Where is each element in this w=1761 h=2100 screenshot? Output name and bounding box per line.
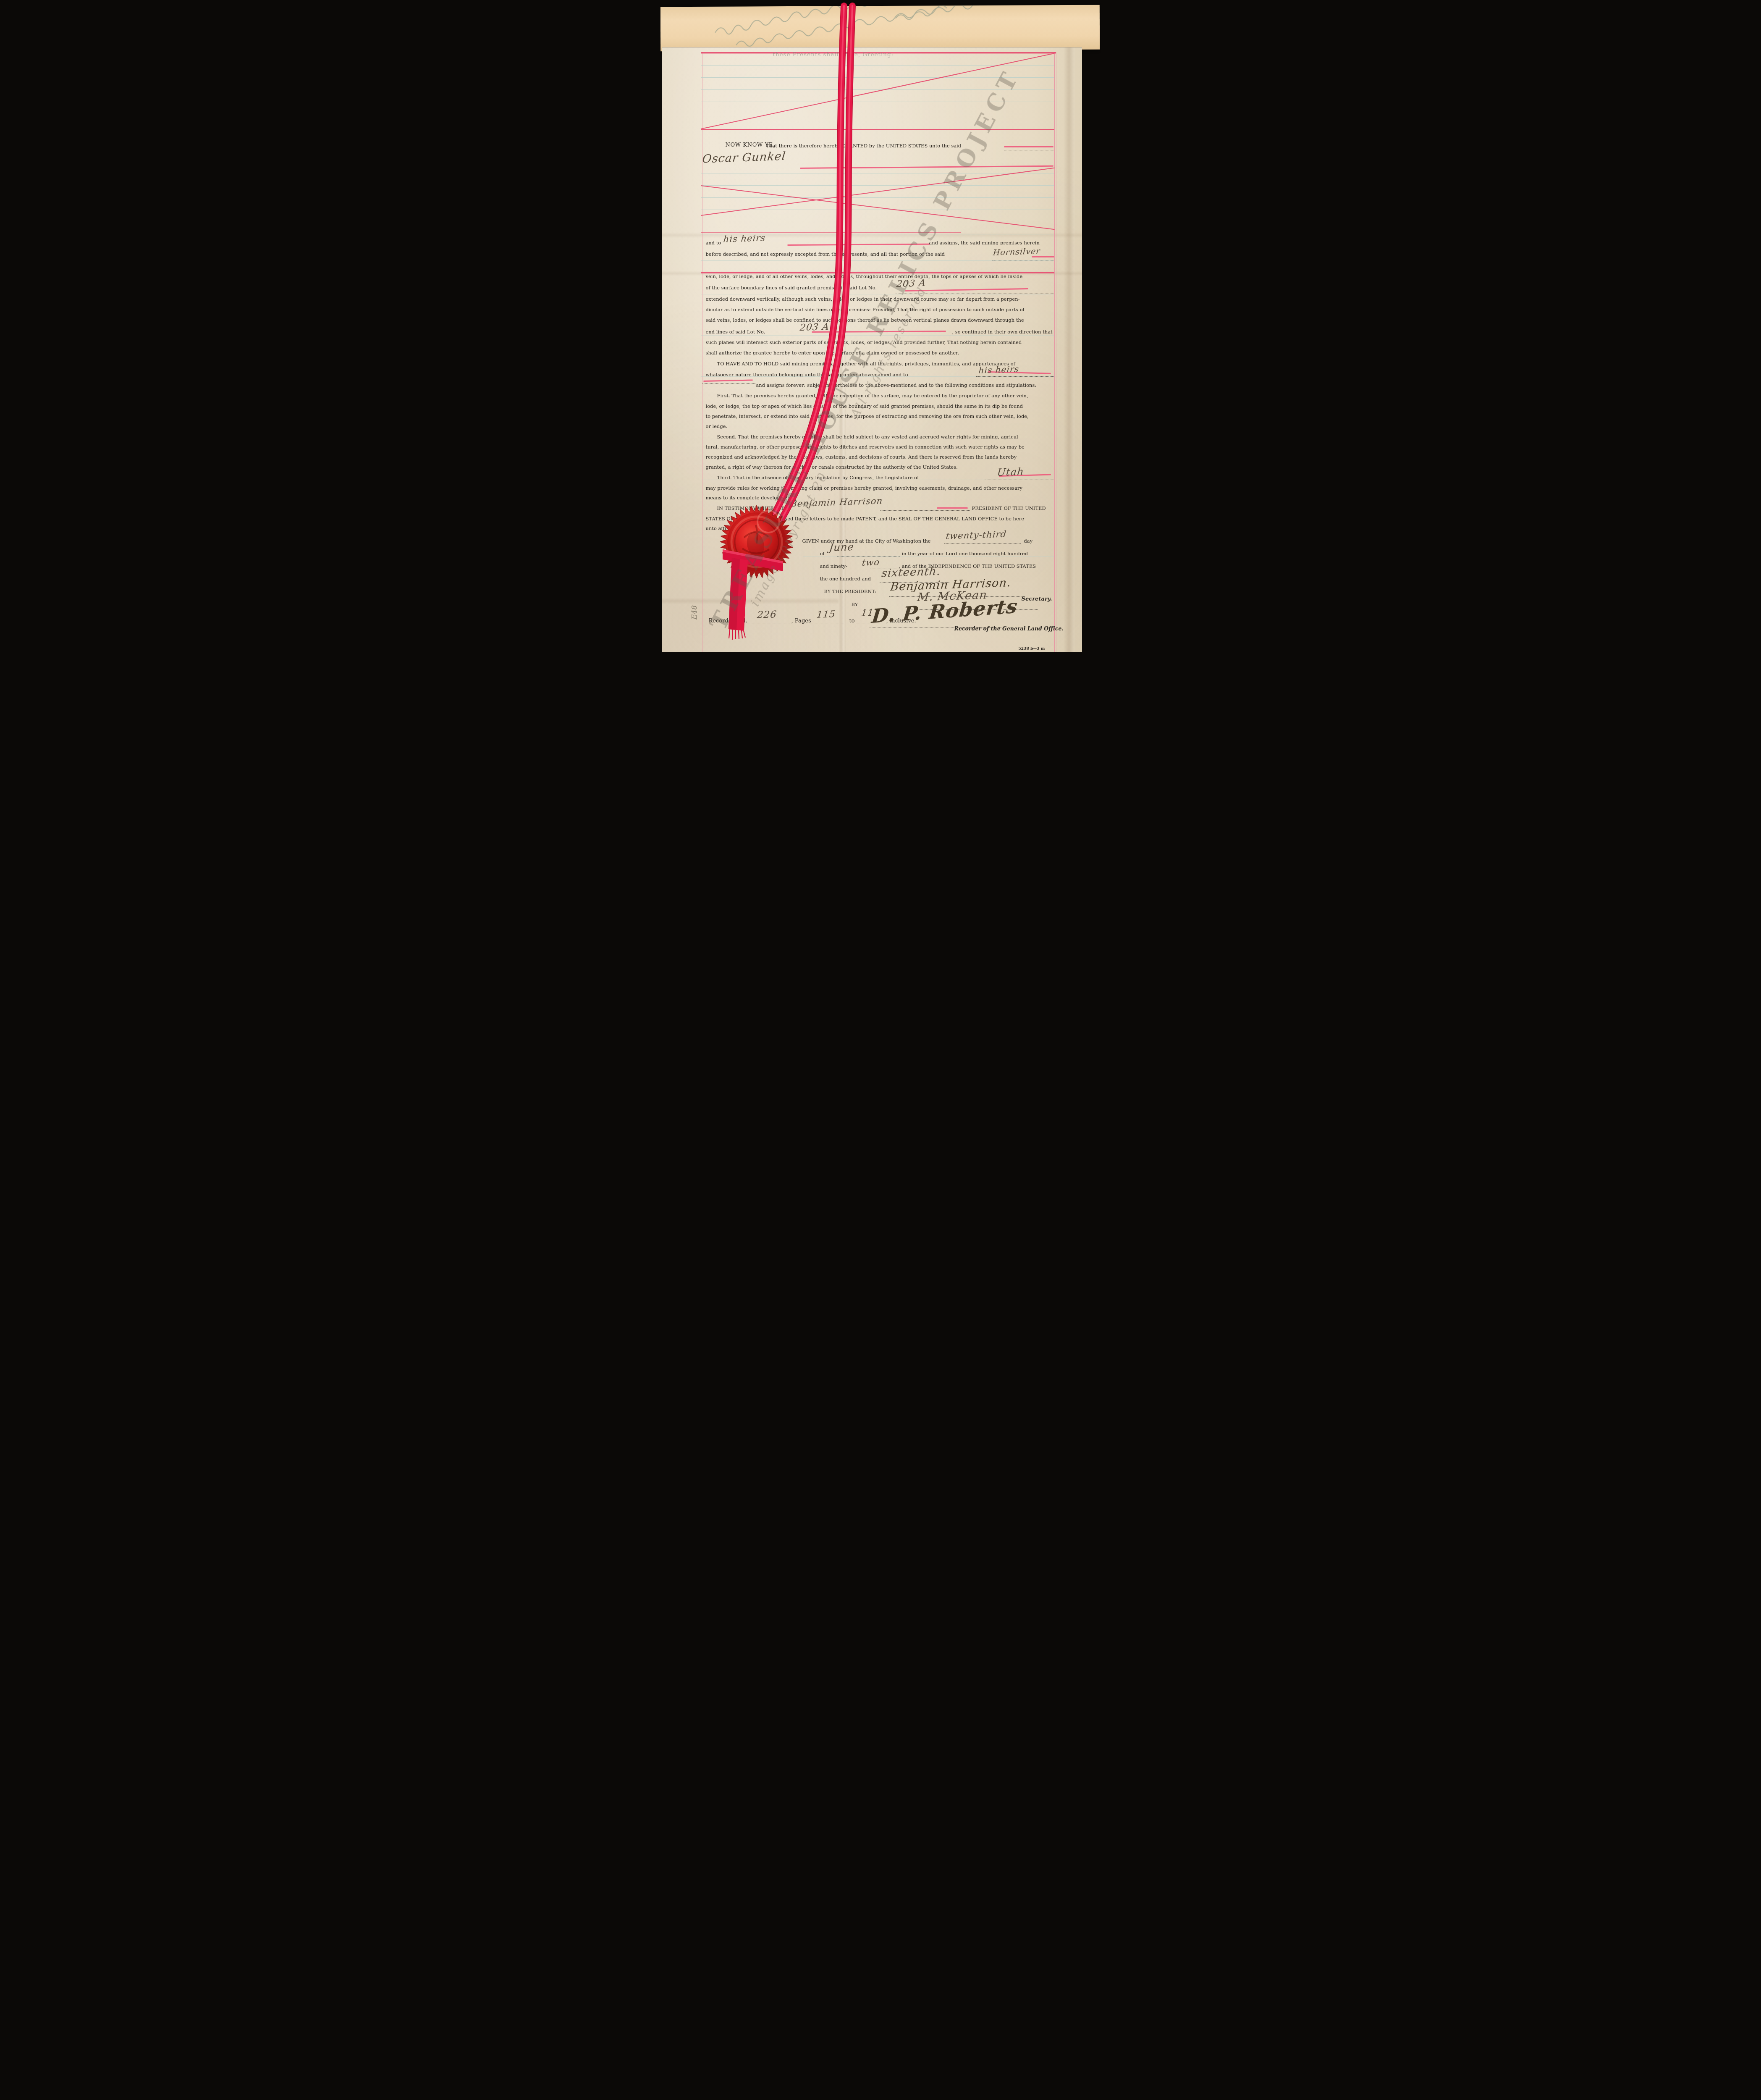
dotted-line [976,376,1053,377]
lode-name-handwritten: Hornsilver [992,247,1040,257]
secretary-label: Secretary. [1022,596,1052,602]
habendum-line: whatsoever nature thereunto belonging un… [706,372,908,378]
lot-number-handwritten: 203 A [896,278,926,289]
dotted-line [896,294,1053,294]
blue-rule [701,210,1054,210]
blue-rule [701,335,1054,336]
habendum-line: and assigns forever; subject nevertheles… [756,382,1037,388]
hundred-pre: the one hundred and [820,576,871,582]
dotted-line [837,556,900,557]
condition-third: Third. That in the absence of necessary … [717,475,919,480]
premises-line: said veins, lodes, or ledges shall be co… [706,317,1024,323]
horizontal-crease [662,598,839,604]
margin-note-handwritten: E48 [690,605,699,619]
right-margin-line [1056,52,1056,652]
end-lines-pre: end lines of said Lot No. [706,329,765,335]
blue-rule [701,77,1054,78]
condition-first: or ledge. [706,423,728,429]
premises-line: of the surface boundary lines of said gr… [706,285,877,291]
document-photo: TREASURE HOUSE RELICS PROJECT image copy… [660,0,1101,652]
before-described-line: before described, and not expressly exce… [706,251,945,257]
so-continued: , so continued in their own direction th… [952,329,1053,335]
record-page-from-handwritten: 115 [816,609,836,620]
crossout-rule [701,129,1054,130]
red-underline [1032,256,1054,257]
dotted-line [880,510,970,511]
premises-line: such planes will intersect such exterior… [706,339,1022,345]
dotted-line [944,543,1021,544]
record-to-label: to [849,618,855,624]
vertical-fold [1064,47,1074,652]
testimony-line: unto affixed. [706,525,736,531]
and-to-label: and to [706,240,721,246]
crossout-rule [701,232,961,233]
by-president-label: BY THE PRESIDENT: [824,588,877,594]
bleed-handwriting [660,5,1100,52]
month-handwritten: June [828,541,854,554]
of-label: of [820,551,825,556]
left-margin-line [701,52,701,652]
testimony-pre: IN TESTIMONY WHEREOF, I, [717,505,791,511]
condition-second: Second. That the premises hereby granted… [717,434,1020,440]
condition-second: recognized and acknowledged by the local… [706,454,1017,460]
dotted-line [985,480,1053,480]
blue-rule [701,260,1054,261]
bleed-through-text: these Presents shall come, Greeting: [773,51,894,58]
left-margin-line [702,52,703,652]
heirs-handwritten: his heirs [723,233,766,244]
red-underline [937,507,968,509]
dotted-line [723,248,929,248]
dotted-line [1004,150,1053,150]
recorder-label: Recorder of the General Land Office. [954,625,1064,632]
testimony-post: PRESIDENT OF THE UNITED [972,505,1046,511]
blue-rule [701,185,1054,186]
condition-first: lode, or ledge, the top or apex of which… [706,403,1023,409]
blue-rule [701,173,1054,173]
blue-rule [701,89,1054,90]
premises-line: shall authorize the grantee hereby to en… [706,350,959,356]
assigns-clause: and assigns, the said mining premises he… [929,240,1041,246]
by-label: BY [852,601,858,607]
record-pages-label: , Pages [791,618,811,624]
grant-heading-rest: That there is therefore hereby GRANTED b… [766,143,962,149]
form-code: 5238 b—3 m [1019,647,1045,651]
heirs2-handwritten: his heirs [978,364,1019,375]
record-volume-handwritten: 226 [756,609,777,621]
dotted-line [702,383,755,384]
premises-line: dicular as to extend outside the vertica… [706,307,1025,312]
right-margin-line [1054,52,1055,652]
testimony-line: STATES OF AMERICA, have caused these let… [706,516,1026,522]
blue-rule [701,197,1054,198]
year-line: in the year of our Lord one thousand eig… [902,551,1028,556]
blue-rule [701,65,1054,66]
ninety-pre: and ninety- [820,563,848,569]
dotted-line [992,260,1053,260]
condition-second: granted, a right of way thereon for ditc… [706,464,958,470]
blue-rule [701,102,1054,102]
premises-line: extended downward vertically, although s… [706,296,1020,302]
habendum-line: TO HAVE AND TO HOLD said mining premises… [717,361,1015,367]
red-underline [1004,146,1053,147]
condition-second: tural, manufacturing, or other purposes,… [706,444,1025,450]
blue-rule [701,294,1054,294]
premises-line: vein, lode, or ledge, and of all other v… [706,273,1023,279]
condition-first: to penetrate, intersect, or extend into … [706,413,1029,419]
given-line: GIVEN under my hand at the City of Washi… [802,538,931,544]
day-label: day [1024,538,1033,544]
folded-back-page [660,5,1100,52]
record-pre: Recorded Vol. [709,618,747,624]
day-handwritten: twenty-third [945,529,1007,541]
condition-first: First. That the premises hereby granted,… [717,393,1028,399]
condition-third: means to its complete development. [706,495,794,501]
year-suffix-handwritten: two [861,557,880,567]
state-handwritten: Utah [996,466,1025,478]
dotted-line [807,335,953,335]
independence-year-handwritten: sixteenth. [881,565,941,580]
blue-rule [701,114,1054,114]
lot-number-2-handwritten: 203 A [799,322,830,333]
condition-third: may provide rules for working the mining… [706,485,1023,491]
